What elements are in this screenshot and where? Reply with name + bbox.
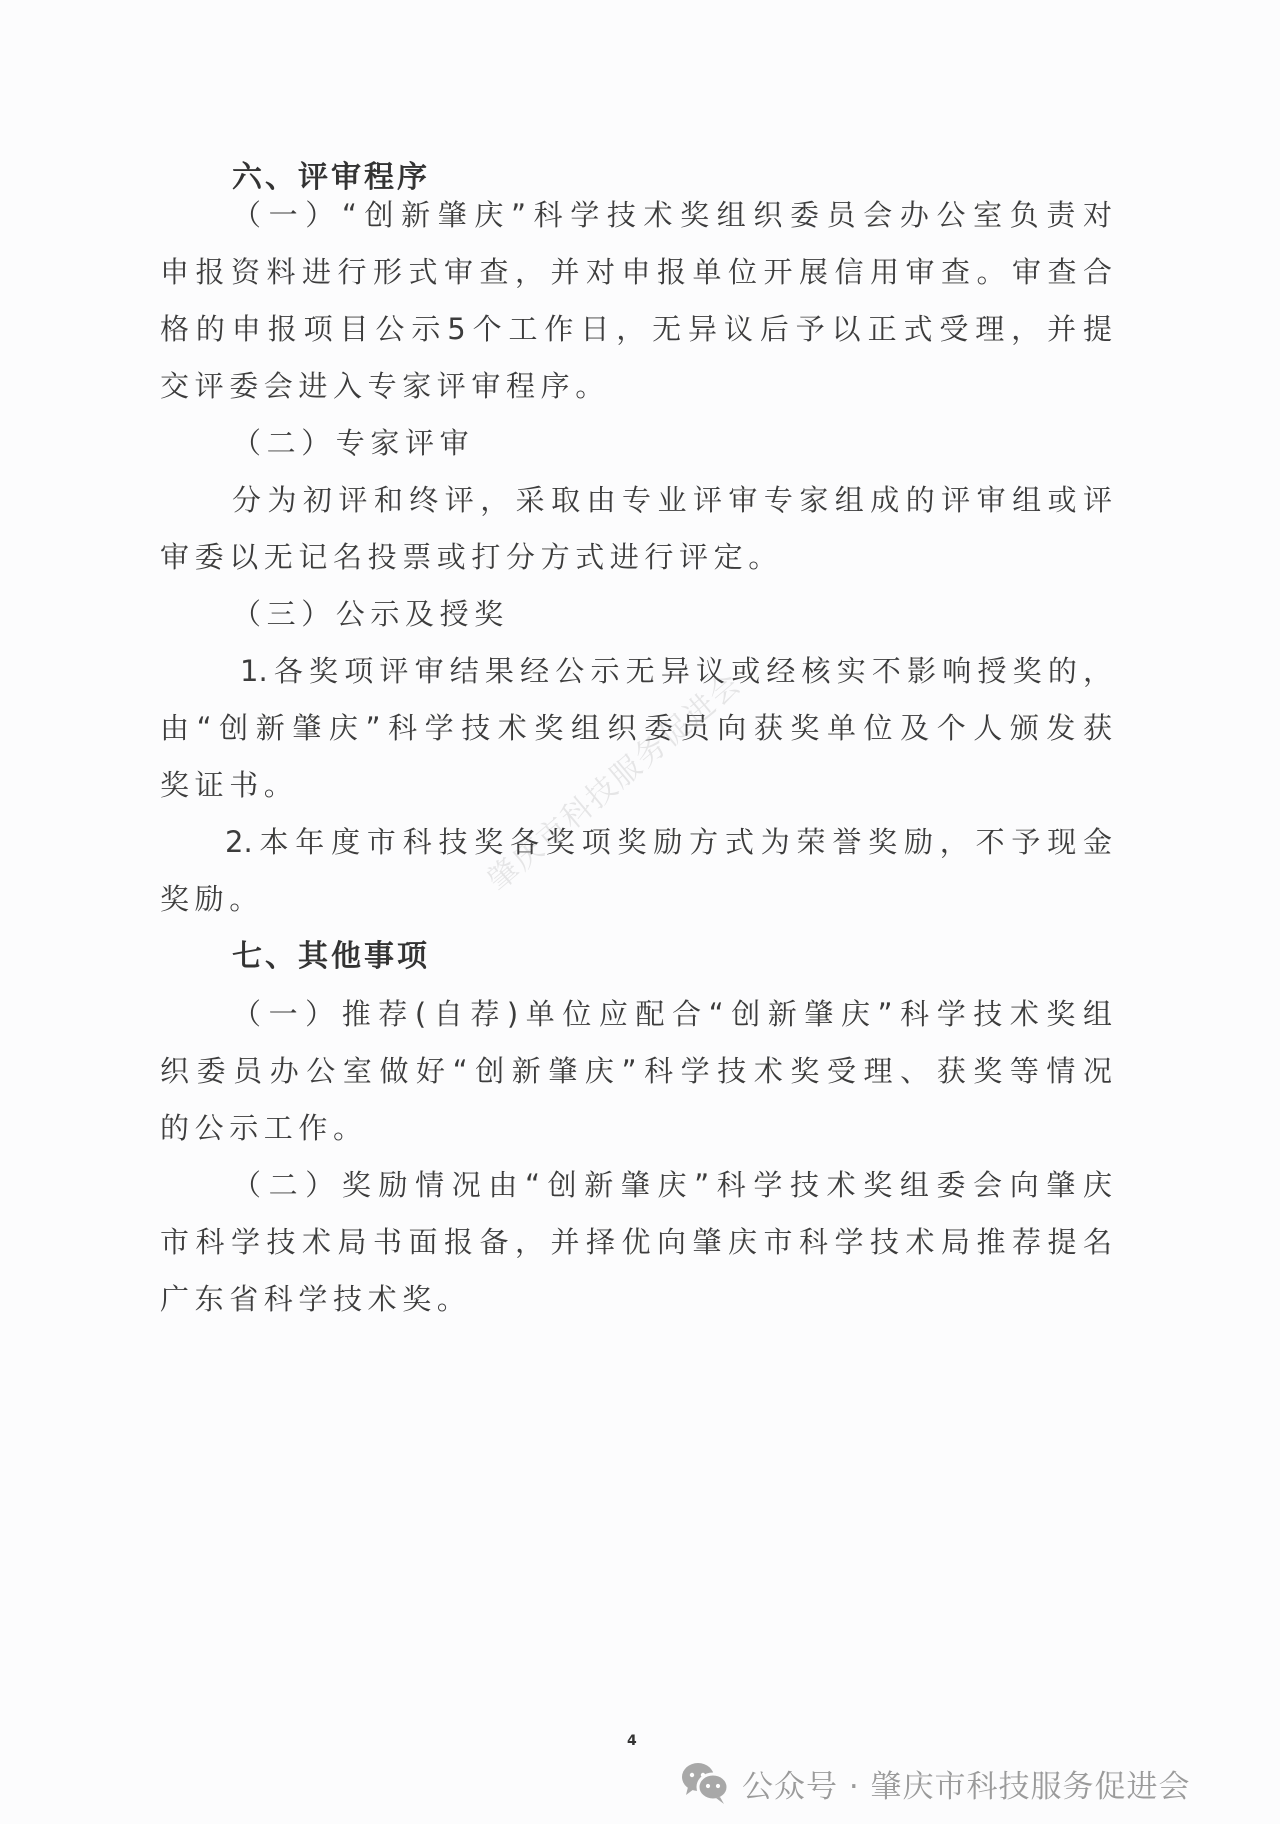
- section-heading-review-procedure: 六、评审程序: [232, 158, 430, 198]
- paragraph-line: 格的申报项目公示5个工作日，无异议后予以正式受理，并提: [160, 309, 1112, 349]
- paragraph-line: （一）“创新肇庆”科学技术奖组织委员会办公室负责对: [232, 195, 1112, 235]
- paragraph-line: 申报资料进行形式审查，并对申报单位开展信用审查。审查合: [160, 252, 1112, 292]
- paragraph-line: （一）推荐(自荐)单位应配合“创新肇庆”科学技术奖组: [232, 994, 1112, 1034]
- paragraph-line: 奖励。: [160, 879, 1112, 919]
- paragraph-line: 的公示工作。: [160, 1108, 1112, 1148]
- paragraph-line: 分为初评和终评，采取由专业评审专家组成的评审组或评: [232, 480, 1112, 520]
- paragraph-line: 广东省科学技术奖。: [160, 1279, 1112, 1319]
- document-page: 六、评审程序 （一）“创新肇庆”科学技术奖组织委员会办公室负责对 申报资料进行形…: [0, 0, 1280, 1824]
- paragraph-line: 市科学技术局书面报备，并择优向肇庆市科学技术局推荐提名: [160, 1222, 1112, 1262]
- paragraph-line: 交评委会进入专家评审程序。: [160, 366, 1112, 406]
- paragraph-line: 审委以无记名投票或打分方式进行评定。: [160, 537, 1112, 577]
- paragraph-line: 2.本年度市科技奖各奖项奖励方式为荣誉奖励，不予现金: [225, 822, 1112, 862]
- wechat-icon: [680, 1760, 732, 1806]
- subheading-expert-review: （二）专家评审: [232, 423, 1112, 463]
- page-number: 4: [627, 1733, 637, 1749]
- section-heading-other-matters: 七、其他事项: [232, 937, 430, 977]
- footer-account-label: 公众号 · 肇庆市科技服务促进会: [742, 1761, 1191, 1806]
- paragraph-line: 1.各奖项评审结果经公示无异议或经核实不影响授奖的，: [240, 651, 1112, 691]
- paragraph-line: 织委员办公室做好“创新肇庆”科学技术奖受理、获奖等情况: [160, 1051, 1112, 1091]
- paragraph-line: （二）奖励情况由“创新肇庆”科学技术奖组委会向肇庆: [232, 1165, 1112, 1205]
- footer-brand: 公众号 · 肇庆市科技服务促进会: [680, 1758, 1191, 1808]
- subheading-publicity-award: （三）公示及授奖: [232, 594, 1112, 634]
